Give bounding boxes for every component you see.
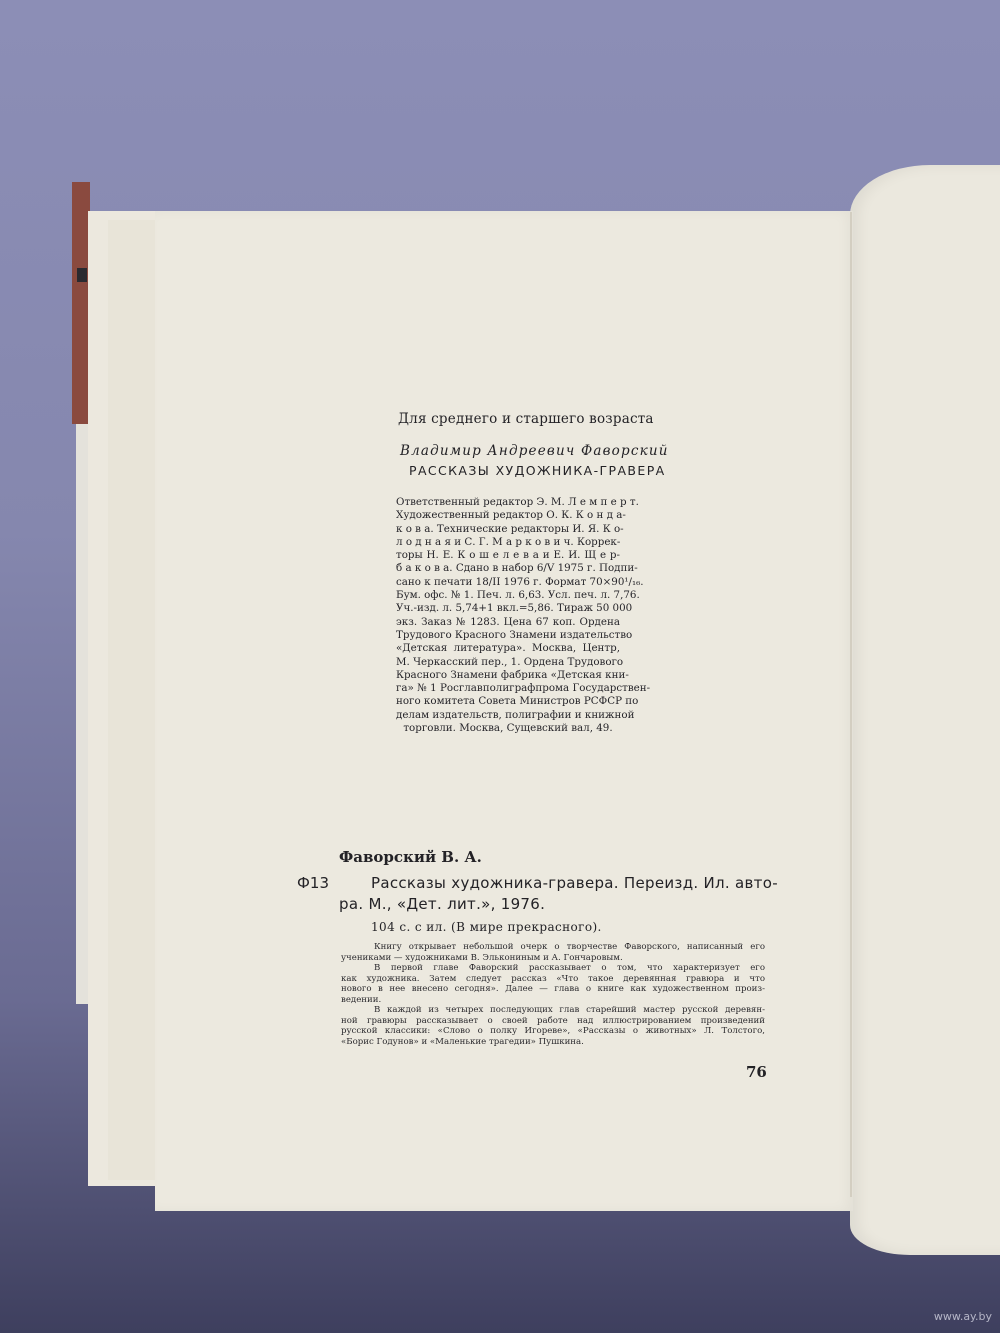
- imprint-line: «Детская литература». Москва, Центр,: [396, 642, 620, 655]
- facing-page: [850, 165, 1000, 1255]
- imprint-block: Ответственный редактор Э. М. Л е м п е р…: [396, 496, 620, 735]
- book-title: РАССКАЗЫ ХУДОЖНИКА-ГРАВЕРА: [409, 463, 666, 478]
- imprint-line: Художественный редактор О. К. К о н д а-: [396, 509, 620, 522]
- imprint-line: к о в а. Технические редакторы И. Я. К о…: [396, 523, 620, 536]
- book-photo: Для среднего и старшего возраста Владими…: [0, 0, 1000, 1333]
- imprint-line: Трудового Красного Знамени издательство: [396, 629, 620, 642]
- abstract-line: В каждой из четырех последующих глав ста…: [341, 1005, 765, 1016]
- classification-code: Ф13: [297, 874, 329, 892]
- imprint-line: экз. Заказ № 1283. Цена 67 коп. Ордена: [396, 616, 620, 629]
- abstract-line: Книгу открывает небольшой очерк о творче…: [341, 942, 765, 953]
- biblio-title-line-1: Рассказы художника-гравера. Переизд. Ил.…: [371, 874, 778, 892]
- page-gutter: [850, 212, 852, 1197]
- abstract-line: «Борис Годунов» и «Маленькие трагедии» П…: [341, 1037, 765, 1048]
- abstract-line: ведении.: [341, 995, 765, 1006]
- biblio-pages: 104 с. с ил. (В мире прекрасного).: [371, 920, 602, 934]
- abstract-line: ной гравюры рассказывает о своей работе …: [341, 1016, 765, 1027]
- imprint-line: Уч.-изд. л. 5,74+1 вкл.=5,86. Тираж 50 0…: [396, 602, 620, 615]
- spine-mark: [77, 268, 87, 282]
- imprint-line: торговли. Москва, Сущевский вал, 49.: [396, 722, 620, 735]
- abstract-line: русской классики: «Слово о полку Игореве…: [341, 1026, 765, 1037]
- abstract-block: Книгу открывает небольшой очерк о творче…: [341, 942, 765, 1047]
- imprint-line: Бум. офс. № 1. Печ. л. 6,63. Усл. печ. л…: [396, 589, 620, 602]
- imprint-line: ного комитета Совета Министров РСФСР по: [396, 695, 620, 708]
- imprint-line: Красного Знамени фабрика «Детская кни-: [396, 669, 620, 682]
- biblio-title-line-2: ра. М., «Дет. лит.», 1976.: [339, 895, 545, 913]
- abstract-line: В первой главе Фаворский рассказывает о …: [341, 963, 765, 974]
- imprint-line: Ответственный редактор Э. М. Л е м п е р…: [396, 496, 620, 509]
- abstract-line: нового в нее внесено сегодня». Далее — г…: [341, 984, 765, 995]
- imprint-line: сано к печати 18/II 1976 г. Формат 70×90…: [396, 576, 620, 589]
- imprint-line: М. Черкасский пер., 1. Ордена Трудового: [396, 656, 620, 669]
- biblio-author: Фаворский В. А.: [339, 848, 482, 866]
- abstract-line: учениками — художниками В. Элькониным и …: [341, 953, 765, 964]
- imprint-line: б а к о в а. Сдано в набор 6/V 1975 г. П…: [396, 562, 620, 575]
- abstract-line: как художника. Затем следует рассказ «Чт…: [341, 974, 765, 985]
- page-number: 76: [746, 1063, 767, 1081]
- imprint-line: торы Н. Е. К о ш е л е в а и Е. И. Щ е р…: [396, 549, 620, 562]
- imprint-line: га» № 1 Росглавполиграфпрома Государстве…: [396, 682, 620, 695]
- imprint-line: л о д н а я и С. Г. М а р к о в и ч. Кор…: [396, 536, 620, 549]
- imprint-line: делам издательств, полиграфии и книжной: [396, 709, 620, 722]
- audience-note: Для среднего и старшего возраста: [398, 411, 654, 427]
- author-full-name: Владимир Андреевич Фаворский: [400, 443, 669, 459]
- watermark: www.ay.by: [934, 1310, 992, 1323]
